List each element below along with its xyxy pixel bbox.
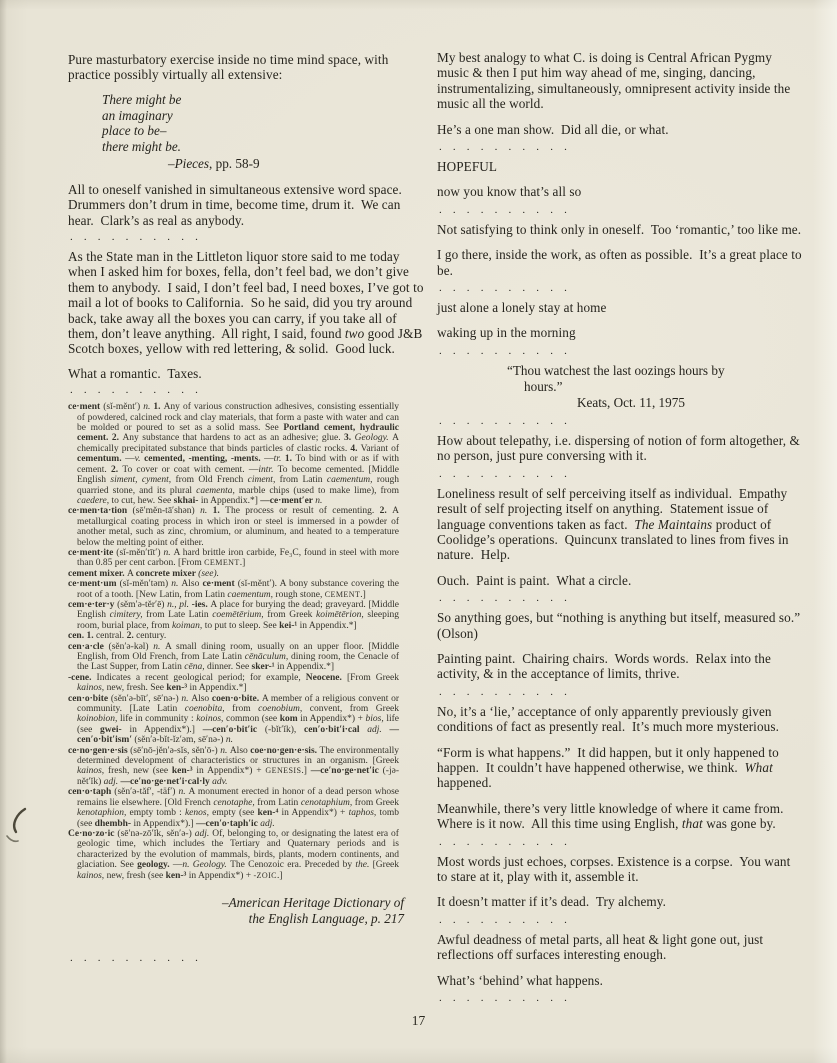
text-run: n. Geology. xyxy=(182,860,230,870)
text-run: in Appendix*).] xyxy=(133,819,196,829)
text-run: —cen′o·taph′ic xyxy=(196,819,260,829)
text-run: My best analogy to what C. is doing is C… xyxy=(437,50,790,111)
text-run: Awful deadness of metal parts, all heat … xyxy=(437,932,763,962)
text-run: in Appendix*) + xyxy=(281,808,348,818)
text-run: in Appendix*) + xyxy=(196,766,265,776)
dict-entry: ce·ment·um (sĭ-mĕn′təm) n. Also ce·ment … xyxy=(68,579,399,600)
text-run: in Appendix.*] xyxy=(190,683,247,693)
text-run: Most words just echoes, corpses. Existen… xyxy=(437,854,790,884)
text-run: coemētērium, xyxy=(212,610,267,620)
text-run: tr. xyxy=(274,454,285,464)
text-run: empty tomb : xyxy=(130,808,185,818)
text-run: , pp. 58-9 xyxy=(209,156,260,171)
text-run: cen·o·bite xyxy=(68,694,111,704)
text-run: in Appendix*) + xyxy=(189,871,254,881)
text-run: —cen′o·bit′ic xyxy=(203,725,265,735)
text-run: that xyxy=(682,816,703,831)
text-run: HOPEFUL xyxy=(437,159,497,174)
dict-entry: cement mixer. A concrete mixer (see). xyxy=(68,569,399,579)
text-run: Pure masturbatory exercise inside no tim… xyxy=(68,52,388,82)
text-run: —ce′no·ge·net′ic xyxy=(311,766,383,776)
text-run: convent, from Greek xyxy=(310,704,399,714)
text-run: Also xyxy=(191,694,212,704)
text-run: (sĕn′ə-kəl) xyxy=(109,642,154,652)
text-run: v. xyxy=(135,454,144,464)
dict-entry: ce·ment·ite (sĭ-mĕn′tīt′) n. A hard brit… xyxy=(68,548,399,569)
text-run: A xyxy=(127,569,136,579)
text-run: coenobium, xyxy=(258,704,310,714)
text-run: central. xyxy=(96,631,127,641)
text-run: , p. 217 xyxy=(364,911,404,926)
text-run: What xyxy=(745,760,773,775)
text-run: No, it’s a ‘lie,’ acceptance of only app… xyxy=(437,704,779,734)
text-run: He’s a one man show. Did all die, or wha… xyxy=(437,122,669,137)
text-run: from xyxy=(232,704,258,714)
text-run: from Latin xyxy=(280,475,327,485)
text-run: ce·ment xyxy=(68,402,103,412)
text-run: n. xyxy=(315,496,322,506)
text-run: caedere, xyxy=(77,496,111,506)
text-run: – xyxy=(222,895,229,910)
text-run: Ce·no·zo·ic xyxy=(68,829,117,839)
dots-separator: . . . . . . . . . . xyxy=(70,386,430,394)
paragraph: I go there, inside the work, as often as… xyxy=(437,247,803,278)
text-run: cimitery, xyxy=(110,610,147,620)
text-run: in Appendix*).] xyxy=(129,725,202,735)
text-run: was gone by. xyxy=(703,816,776,831)
text-run: the English Language xyxy=(249,911,365,926)
paragraph: It doesn’t matter if it’s dead. Try alch… xyxy=(437,894,803,909)
text-run: koinobion, xyxy=(77,714,120,724)
text-run: So anything goes, but “nothing is anythi… xyxy=(437,610,800,640)
text-run: n. xyxy=(220,746,230,756)
paragraph: Pure masturbatory exercise inside no tim… xyxy=(68,52,430,83)
text-run: American Heritage Dictionary of xyxy=(229,895,404,910)
text-run: How about telepathy, i.e. dispersing of … xyxy=(437,433,800,463)
text-run: from Greek xyxy=(355,798,399,808)
text-run: century. xyxy=(136,631,166,641)
dict-entry: -cene. Indicates a recent geological per… xyxy=(68,673,399,694)
dict-entry: cen·o·taph (sĕn′ə-tăf′, -täf′) n. A monu… xyxy=(68,787,399,829)
text-run: All to oneself vanished in simultaneous … xyxy=(68,182,405,228)
paragraph: Ouch. Paint is paint. What a circle. xyxy=(437,573,803,588)
text-run: skhai- xyxy=(174,496,201,506)
text-run: coe·no·gen·e·sis. xyxy=(250,746,319,756)
text-run: dinner. See xyxy=(207,662,252,672)
dots-separator: . . . . . . . . . . xyxy=(70,233,430,241)
text-run: -cene. xyxy=(68,673,97,683)
dict-entry: cen·a·cle (sĕn′ə-kəl) n. A small dining … xyxy=(68,642,399,673)
dots-separator: . . . . . . . . . . xyxy=(439,143,803,151)
text-run: (sĭ-mĕn′tīt′) xyxy=(116,548,163,558)
text-run: from Late Latin xyxy=(146,610,212,620)
verse-line: There might be xyxy=(102,92,430,108)
text-run: coenobita, xyxy=(185,704,232,714)
text-run: kenotaphion, xyxy=(77,808,130,818)
text-run: n. xyxy=(200,506,213,516)
text-run: taphos, xyxy=(349,808,380,818)
text-run: ce·ment·ite xyxy=(68,548,116,558)
text-run: (-bĭt′ĭk), xyxy=(265,725,304,735)
quote-attribution: –Pieces, pp. 58-9 xyxy=(168,156,430,172)
paragraph: No, it’s a ‘lie,’ acceptance of only app… xyxy=(437,704,803,735)
text-run: 2. xyxy=(127,631,137,641)
text-run: in Appendix*) + xyxy=(300,714,365,724)
text-run: 2. xyxy=(111,465,122,475)
paragraph: now you know that’s all so xyxy=(437,184,803,199)
text-run: .] xyxy=(360,590,366,600)
text-run: n. xyxy=(181,694,191,704)
dots-separator: . . . . . . . . . . xyxy=(439,688,803,696)
dict-entry: cem·e·ter·y (sĕm′ə-tĕr′ē) n., pl. -ies. … xyxy=(68,600,399,631)
text-run: The Cenozoic era. Preceded by xyxy=(230,860,355,870)
text-run: (sĕm′ə-tĕr′ē) xyxy=(117,600,167,610)
text-run: (sĭ-mĕn′təm) xyxy=(120,579,172,589)
dots-separator: . . . . . . . . . . xyxy=(439,206,803,214)
text-run: marble chips (used to make lime), from xyxy=(239,486,399,496)
text-run: adj. xyxy=(195,829,212,839)
paragraph: Most words just echoes, corpses. Existen… xyxy=(437,854,803,885)
verse-line: an imaginary xyxy=(102,108,430,124)
text-run: — xyxy=(125,454,135,464)
text-run: (see). xyxy=(198,569,219,579)
text-run: kainos, xyxy=(77,683,107,693)
text-run: Also xyxy=(181,579,202,589)
text-run: cementum. xyxy=(77,454,125,464)
text-run: kei-¹ xyxy=(279,621,300,631)
paragraph: What a romantic. Taxes. xyxy=(68,366,430,381)
pen-mark xyxy=(3,806,37,855)
text-run: (sē′mĕn-tā′shən) xyxy=(133,506,201,516)
text-run: What’s ‘behind’ what happens. xyxy=(437,973,603,988)
text-run: two xyxy=(345,326,364,341)
text-run: cemented, -menting, -ments. xyxy=(144,454,264,464)
text-run: cēnāculum, xyxy=(245,652,291,662)
page-number: 17 xyxy=(0,1013,837,1029)
text-run: genesis xyxy=(265,766,301,775)
text-run: life in community : xyxy=(120,714,196,724)
text-run: from Latin xyxy=(257,798,301,808)
paragraph: Awful deadness of metal parts, all heat … xyxy=(437,932,803,963)
paragraph: HOPEFUL xyxy=(437,159,803,174)
text-run: siment, cyment, xyxy=(110,475,175,485)
text-run: empty (see xyxy=(212,808,257,818)
text-run: 2. xyxy=(380,506,393,516)
text-run: To cover or coat with cement. — xyxy=(122,465,258,475)
text-run: Neocene. xyxy=(306,673,347,683)
text-run: – xyxy=(168,156,175,171)
text-run: adv. xyxy=(212,777,227,787)
text-run: caementum, xyxy=(227,590,275,600)
text-run: [From Greek xyxy=(347,673,399,683)
text-run: from Old French xyxy=(176,475,248,485)
text-run: cen′o·bit′i·cal xyxy=(304,725,367,735)
left-column: Pure masturbatory exercise inside no tim… xyxy=(68,52,430,970)
text-run: cement mixer. xyxy=(68,569,127,579)
text-run: (sĕn′ə-bīt′, sē′nə-) xyxy=(111,694,182,704)
dots-separator: . . . . . . . . . . xyxy=(439,470,803,478)
text-run: the. xyxy=(355,860,372,870)
text-run: adj. xyxy=(104,777,121,787)
text-run: fresh, new (see xyxy=(108,766,172,776)
text-run: — xyxy=(173,860,183,870)
text-run: just alone a lonely stay at home xyxy=(437,300,606,315)
paragraph: Meanwhile, there’s very little knowledge… xyxy=(437,801,803,832)
text-run: common (see xyxy=(226,714,280,724)
text-run: ce·ment·um xyxy=(68,579,120,589)
text-run: in Appendix.*] xyxy=(300,621,357,631)
text-run: 3. xyxy=(344,433,355,443)
text-run: rough stone, xyxy=(275,590,324,600)
dots-separator: . . . . . . . . . . xyxy=(439,916,803,924)
text-run: The Maintains xyxy=(634,517,712,532)
text-run: .] xyxy=(277,871,283,881)
text-run: sker-¹ xyxy=(252,662,277,672)
text-run: kenos, xyxy=(185,808,212,818)
paragraph: He’s a one man show. Did all die, or wha… xyxy=(437,122,803,137)
text-run: 1. xyxy=(213,506,226,516)
text-run: Any substance that hardens to act as an … xyxy=(122,433,344,443)
text-run: I go there, inside the work, as often as… xyxy=(437,247,802,277)
dots-separator: . . . . . . . . . . xyxy=(439,594,803,602)
text-run: (sĭ-mĕnt′) xyxy=(103,402,143,412)
text-run: Geology. xyxy=(355,433,393,443)
dict-entry: cen·o·bite (sĕn′ə-bīt′, sē′nə-) n. Also … xyxy=(68,694,399,746)
text-run: n. xyxy=(171,579,181,589)
text-run: What a romantic. Taxes. xyxy=(68,366,202,381)
text-run: — xyxy=(264,454,274,464)
paragraph: So anything goes, but “nothing is anythi… xyxy=(437,610,803,641)
dict-entry: Ce·no·zo·ic (sē′nə-zō′ĭk, sĕn′ə-) adj. O… xyxy=(68,829,399,881)
text-run: The process or result of cementing. xyxy=(225,506,380,516)
text-run: —ce·ment′er xyxy=(260,496,315,506)
dots-separator: . . . . . . . . . . xyxy=(439,284,803,292)
paragraph: What’s ‘behind’ what happens. xyxy=(437,973,803,988)
text-run: ken-³ xyxy=(172,766,197,776)
text-run: -zoic xyxy=(253,871,277,880)
text-run: cen·a·cle xyxy=(68,642,109,652)
text-run: now you know that’s all so xyxy=(437,184,581,199)
paragraph: “Form is what happens.” It did happen, b… xyxy=(437,745,803,791)
text-run: bios, xyxy=(366,714,387,724)
text-run: Variant of xyxy=(361,444,399,454)
paragraph: just alone a lonely stay at home xyxy=(437,300,803,315)
text-run: (sē′nō-jĕn′ə-sĭs, sĕn′ō-) xyxy=(130,746,220,756)
text-run: [Greek xyxy=(373,860,399,870)
dots-separator: . . . . . . . . . . xyxy=(70,954,430,962)
verse-quote: There might bean imaginaryplace to be–th… xyxy=(102,92,430,155)
text-run: concrete mixer xyxy=(136,569,198,579)
text-run: ken-⁴ xyxy=(258,808,282,818)
right-column: My best analogy to what C. is doing is C… xyxy=(437,50,803,1010)
text-run: .] xyxy=(240,558,246,568)
text-run: Ouch. Paint is paint. What a circle. xyxy=(437,573,631,588)
text-run: to cut, hew. See xyxy=(111,496,173,506)
attribution-line: the English Language, p. 217 xyxy=(68,911,404,928)
text-run: caementum, xyxy=(327,475,377,485)
text-run: ce·men·ta·tion xyxy=(68,506,133,516)
text-run: to put to sleep. See xyxy=(205,621,279,631)
text-run: It doesn’t matter if it’s dead. Try alch… xyxy=(437,894,666,909)
text-run: 1. xyxy=(86,631,96,641)
text-run: koiman, xyxy=(172,621,205,631)
scanned-page: Pure masturbatory exercise inside no tim… xyxy=(0,0,837,1063)
text-run: cement xyxy=(325,590,361,599)
dictionary-attribution: –American Heritage Dictionary ofthe Engl… xyxy=(68,895,404,928)
text-run: caementa, xyxy=(196,486,239,496)
text-run: geology. xyxy=(137,860,173,870)
dots-separator: . . . . . . . . . . xyxy=(439,838,803,846)
text-run: cen. xyxy=(68,631,86,641)
text-run: ce·no·gen·e·sis xyxy=(68,746,130,756)
text-run: “Form is what happens.” It did happen, b… xyxy=(437,745,779,775)
paragraph: How about telepathy, i.e. dispersing of … xyxy=(437,433,803,464)
verse-line: place to be– xyxy=(102,123,430,139)
text-run: in Appendix.*] xyxy=(201,496,260,506)
paragraph: As the State man in the Littleton liquor… xyxy=(68,249,430,357)
text-run: n. xyxy=(226,735,233,745)
dots-separator: . . . . . . . . . . xyxy=(439,347,803,355)
text-run: from Greek xyxy=(267,610,316,620)
text-run: koinos, xyxy=(196,714,226,724)
text-run: cen·o·taph xyxy=(68,787,114,797)
text-run: cēna, xyxy=(184,662,207,672)
text-run: n. xyxy=(163,548,173,558)
text-run: koimētērion, xyxy=(316,610,367,620)
paragraph: Not satisfying to think only in oneself.… xyxy=(437,222,803,237)
paragraph: All to oneself vanished in simultaneous … xyxy=(68,182,430,228)
text-run: kom xyxy=(280,714,301,724)
text-run: cenotaphe, xyxy=(213,798,257,808)
text-run: kainos, xyxy=(77,871,107,881)
paragraph: Loneliness result of self perceiving its… xyxy=(437,486,803,563)
text-run: coen·o·bite. xyxy=(212,694,262,704)
text-run: (sĭ-mĕnt′). xyxy=(238,579,280,589)
dots-separator: . . . . . . . . . . xyxy=(439,994,803,1002)
text-run: Painting paint. Chairing chairs. Words w… xyxy=(437,651,771,681)
text-run: ken-³ xyxy=(166,871,189,881)
quote-attribution: Keats, Oct. 11, 1975 xyxy=(577,395,803,411)
text-run: happened. xyxy=(437,775,492,790)
text-run: (sĕn′ə-bĭt-ĭz′əm, sē′nə-) xyxy=(134,735,225,745)
dict-entry: ce·no·gen·e·sis (sē′nō-jĕn′ə-sĭs, sĕn′ō-… xyxy=(68,746,399,788)
dict-entry: ce·men·ta·tion (sē′mĕn-tā′shən) n. 1. Th… xyxy=(68,506,399,548)
text-run: gwei- xyxy=(100,725,129,735)
text-run: Pieces xyxy=(175,156,209,171)
text-run: new, fresh (see xyxy=(107,871,166,881)
dict-entry: cen. 1. central. 2. century. xyxy=(68,631,399,641)
text-run: n., pl. xyxy=(167,600,192,610)
dots-separator: . . . . . . . . . . xyxy=(439,417,803,425)
block-quote: “Thou watchest the last oozings hours by… xyxy=(507,363,803,395)
text-run: n. xyxy=(143,402,153,412)
text-run: .] xyxy=(301,766,310,776)
quote-line: “Thou watchest the last oozings hours by xyxy=(507,363,803,379)
text-run: cem·e·ter·y xyxy=(68,600,117,610)
text-run: 4. xyxy=(350,444,360,454)
text-run: —ce′no·ge·net′i·cal·ly xyxy=(121,777,213,787)
text-run: in Appendix.*] xyxy=(277,662,334,672)
quote-line: hours.” xyxy=(524,379,803,395)
text-run: kainos, xyxy=(77,766,108,776)
attribution-line: –American Heritage Dictionary of xyxy=(68,895,404,912)
text-run: cement xyxy=(204,558,240,567)
text-run: ciment, xyxy=(248,475,280,485)
text-run: 2. xyxy=(112,433,123,443)
text-run: n. xyxy=(178,787,188,797)
text-run: 1. xyxy=(285,454,296,464)
text-run: new, fresh. See xyxy=(107,683,167,693)
text-run: Also xyxy=(230,746,250,756)
text-run: adj. xyxy=(260,819,275,829)
text-run: dhembh- xyxy=(95,819,134,829)
paragraph: waking up in the morning xyxy=(437,325,803,340)
text-run: 1. xyxy=(153,402,163,412)
text-run: cenotaphium, xyxy=(301,798,355,808)
text-run: intr. xyxy=(258,465,277,475)
text-run: Not satisfying to think only in oneself.… xyxy=(437,222,801,237)
paragraph: My best analogy to what C. is doing is C… xyxy=(437,50,803,112)
dict-entry: ce·ment (sĭ-mĕnt′) n. 1. Any of various … xyxy=(68,402,399,506)
text-run: Indicates a recent geological period; fo… xyxy=(97,673,306,683)
text-run: (sĕn′ə-tăf′, -täf′) xyxy=(114,787,178,797)
paragraph: Painting paint. Chairing chairs. Words w… xyxy=(437,651,803,682)
text-run: -ies. xyxy=(192,600,211,610)
text-run: ce·ment xyxy=(202,579,237,589)
text-run: (sē′nə-zō′ĭk, sĕn′ə-) xyxy=(117,829,194,839)
verse-line: there might be. xyxy=(102,139,430,155)
text-run: waking up in the morning xyxy=(437,325,576,340)
text-run: adj. xyxy=(367,725,389,735)
text-run: n. xyxy=(153,642,165,652)
text-run: ken-³ xyxy=(166,683,189,693)
